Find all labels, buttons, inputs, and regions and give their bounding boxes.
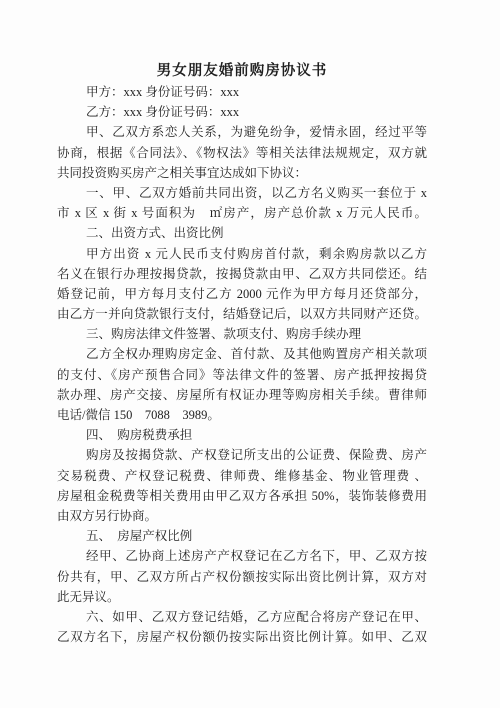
text-line: 共同投资购买房产之相关事宜达成如下协议： — [57, 163, 427, 183]
text-line: 三、购房法律文件签署、款项支付、购房手续办理 — [57, 324, 427, 344]
paragraph: 三、购房法律文件签署、款项支付、购房手续办理 — [57, 324, 427, 344]
paragraph: 乙方：xxx 身份证号码：xxx — [57, 102, 427, 122]
text-line: 乙双方名下，房屋产权份额仍按实际出资比例计算。如甲、乙双 — [57, 627, 427, 647]
paragraph: 甲方：xxx 身份证号码：xxx — [57, 82, 427, 102]
text-line: 甲方：xxx 身份证号码：xxx — [57, 82, 427, 102]
text-line: 协商，根据《合同法》、《物权法》等相关法律法规规定，双方就 — [57, 143, 427, 163]
paragraph: 五、 房屋产权比例 — [57, 526, 427, 546]
text-line: 电话/微信 150 7088 3989。 — [57, 405, 427, 425]
paragraph: 甲、乙双方系恋人关系，为避免纷争，爱情永固，经过平等协商，根据《合同法》、《物权… — [57, 122, 427, 183]
paragraph: 乙方全权办理购房定金、首付款、及其他购置房产相关款项的支付、《房产预售合同》等法… — [57, 344, 427, 425]
paragraph: 购房及按揭贷款、产权登记所支出的公证费、保险费、房产交易税费、产权登记税费、律师… — [57, 445, 427, 526]
text-line: 交易税费、产权登记税费、律师费、维修基金、物业管理费 、 — [57, 466, 427, 486]
text-line: 五、 房屋产权比例 — [57, 526, 427, 546]
text-line: 名义在银行办理按揭贷款，按揭贷款由甲、乙双方共同偿还。结 — [57, 264, 427, 284]
text-line: 乙方：xxx 身份证号码：xxx — [57, 102, 427, 122]
text-line: 婚登记前，甲方每月支付乙方 2000 元作为甲方每月还贷部分， — [57, 284, 427, 304]
paragraph: 二、出资方式、出资比例 — [57, 223, 427, 243]
document-title: 男女朋友婚前购房协议书 — [57, 61, 427, 82]
text-line: 由乙方一并向贷款银行支付，结婚登记后，以双方共同财产还贷。 — [57, 304, 427, 324]
text-line: 由双方另行协商。 — [57, 506, 427, 526]
paragraph: 四、 购房税费承担 — [57, 425, 427, 445]
text-line: 甲方出资 x 元人民币支付购房首付款，剩余购房款以乙方 — [57, 244, 427, 264]
paragraph: 经甲、乙协商上述房产产权登记在乙方名下，甲、乙双方按份共有，甲、乙双方所占产权份… — [57, 546, 427, 607]
document-page: 男女朋友婚前购房协议书 甲方：xxx 身份证号码：xxx乙方：xxx 身份证号码… — [0, 0, 500, 708]
text-line: 经甲、乙协商上述房产产权登记在乙方名下，甲、乙双方按 — [57, 546, 427, 566]
text-line: 的支付、《房产预售合同》等法律文件的签署、房产抵押按揭贷 — [57, 365, 427, 385]
text-line: 购房及按揭贷款、产权登记所支出的公证费、保险费、房产 — [57, 445, 427, 465]
paragraph: 六、如甲、乙双方登记结婚，乙方应配合将房产登记在甲、乙双方名下，房屋产权份额仍按… — [57, 607, 427, 647]
paragraph: 甲方出资 x 元人民币支付购房首付款，剩余购房款以乙方名义在银行办理按揭贷款，按… — [57, 244, 427, 325]
text-line: 此无异议。 — [57, 587, 427, 607]
text-line: 款办理、房产交接、房屋所有权证办理等购房相关手续。曹律师 — [57, 385, 427, 405]
text-line: 二、出资方式、出资比例 — [57, 223, 427, 243]
agreement-document: 男女朋友婚前购房协议书 甲方：xxx 身份证号码：xxx乙方：xxx 身份证号码… — [57, 61, 427, 647]
text-line: 一、甲、乙双方婚前共同出资，以乙方名义购买一套位于 x — [57, 183, 427, 203]
text-line: 房屋租金税费等相关费用由甲乙双方各承担 50%，装饰装修费用 — [57, 486, 427, 506]
text-line: 乙方全权办理购房定金、首付款、及其他购置房产相关款项 — [57, 344, 427, 364]
text-line: 份共有，甲、乙双方所占产权份额按实际出资比例计算，双方对 — [57, 567, 427, 587]
text-line: 甲、乙双方系恋人关系，为避免纷争，爱情永固，经过平等 — [57, 122, 427, 142]
text-line: 市 x 区 x 街 x 号面积为 ㎡房产，房产总价款 x 万元人民币。 — [57, 203, 427, 223]
text-line: 四、 购房税费承担 — [57, 425, 427, 445]
document-body: 甲方：xxx 身份证号码：xxx乙方：xxx 身份证号码：xxx甲、乙双方系恋人… — [57, 82, 427, 647]
text-line: 六、如甲、乙双方登记结婚，乙方应配合将房产登记在甲、 — [57, 607, 427, 627]
paragraph: 一、甲、乙双方婚前共同出资，以乙方名义购买一套位于 x市 x 区 x 街 x 号… — [57, 183, 427, 223]
